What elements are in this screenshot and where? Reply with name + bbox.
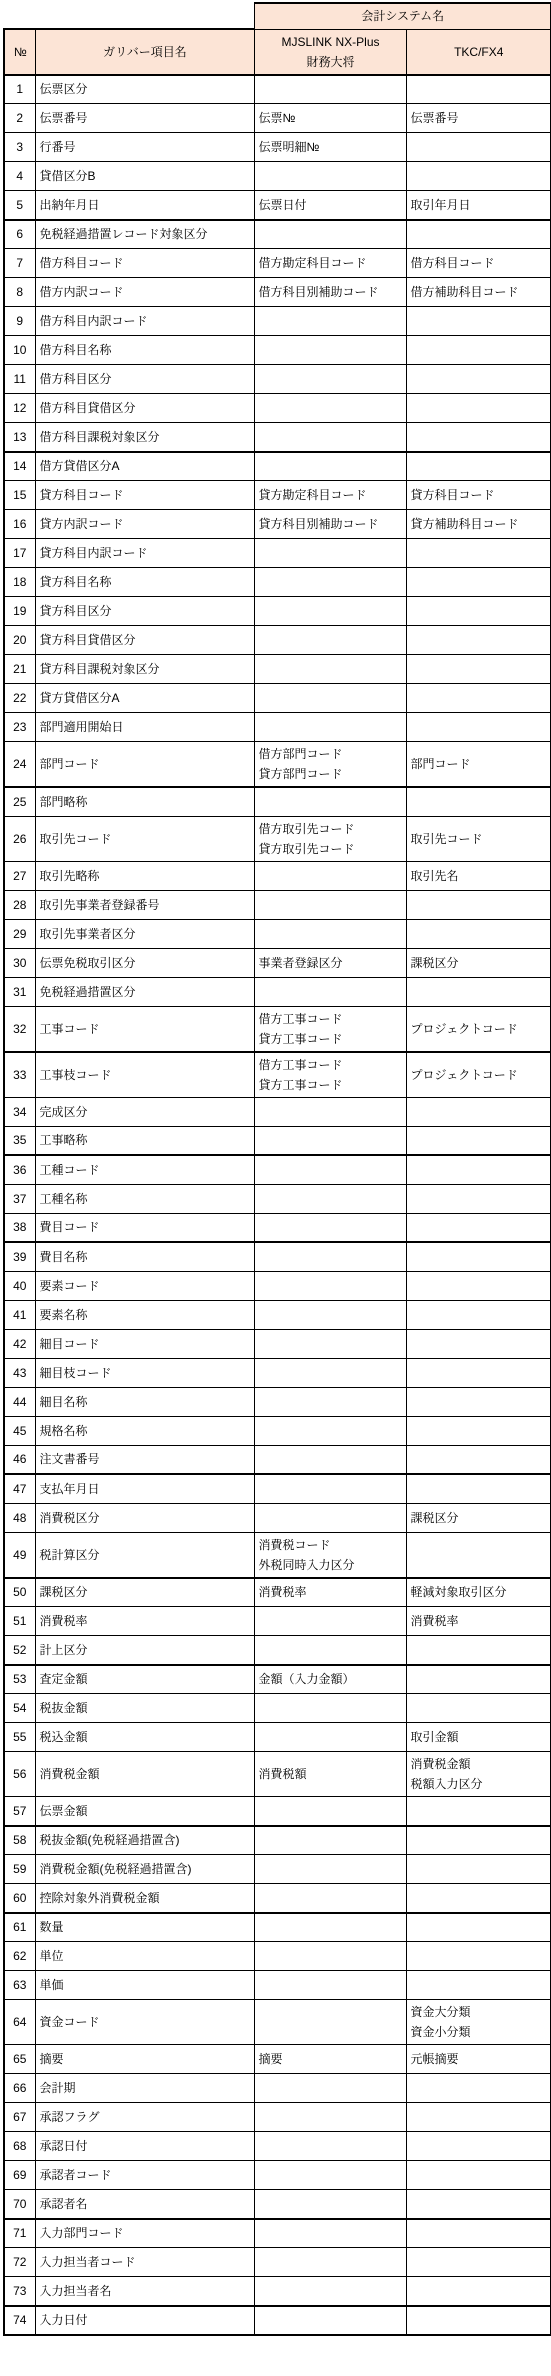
cell-no: 37 xyxy=(4,1184,35,1213)
cell-tkc: 部門コード xyxy=(406,742,551,788)
table-row: 6 免税経過措置レコード対象区分 xyxy=(4,220,551,249)
cell-gulliver-item: 貸方科目課税対象区分 xyxy=(35,655,254,684)
cell-gulliver-item: 取引先略称 xyxy=(35,861,254,890)
table-row: 12 借方科目貸借区分 xyxy=(4,394,551,423)
cell-gulliver-item: 伝票金額 xyxy=(35,1797,254,1826)
cell-tkc xyxy=(406,1126,551,1155)
cell-tkc: 取引年月日 xyxy=(406,191,551,220)
cell-tkc xyxy=(406,977,551,1006)
cell-tkc: 課税区分 xyxy=(406,1503,551,1532)
cell-no: 59 xyxy=(4,1855,35,1884)
header-blank-cell xyxy=(4,3,254,29)
table-row: 22 貸方貸借区分A xyxy=(4,684,551,713)
cell-gulliver-item: 行番号 xyxy=(35,133,254,162)
cell-gulliver-item: 費目名称 xyxy=(35,1242,254,1271)
cell-tkc xyxy=(406,1855,551,1884)
cell-gulliver-item: 消費税率 xyxy=(35,1607,254,1636)
cell-tkc xyxy=(406,684,551,713)
cell-mjslink: 事業者登録区分 xyxy=(254,948,406,977)
cell-tkc xyxy=(406,1913,551,1942)
table-row: 37 工種名称 xyxy=(4,1184,551,1213)
table-row: 8 借方内訳コード 借方科目別補助コード 借方補助科目コード xyxy=(4,278,551,307)
cell-gulliver-item: 免税経過措置区分 xyxy=(35,977,254,1006)
cell-tkc: プロジェクトコード xyxy=(406,1052,551,1098)
cell-mjslink xyxy=(254,1855,406,1884)
cell-no: 45 xyxy=(4,1416,35,1445)
cell-gulliver-item: 会計期 xyxy=(35,2074,254,2103)
cell-no: 7 xyxy=(4,249,35,278)
cell-tkc: 貸方科目コード xyxy=(406,481,551,510)
table-row: 21 貸方科目課税対象区分 xyxy=(4,655,551,684)
table-row: 58 税抜金額(免税経過措置含) xyxy=(4,1826,551,1855)
cell-no: 33 xyxy=(4,1052,35,1098)
cell-gulliver-item: 借方貸借区分A xyxy=(35,452,254,481)
cell-mjslink xyxy=(254,2190,406,2219)
cell-gulliver-item: 取引先事業者区分 xyxy=(35,919,254,948)
table-row: 47 支払年月日 xyxy=(4,1474,551,1503)
cell-mjslink xyxy=(254,626,406,655)
cell-no: 27 xyxy=(4,861,35,890)
table-row: 54 税抜金額 xyxy=(4,1694,551,1723)
cell-gulliver-item: 工事枝コード xyxy=(35,1052,254,1098)
cell-gulliver-item: 消費税金額(免税経過措置含) xyxy=(35,1855,254,1884)
table-row: 15 貸方科目コード 貸方勘定科目コード 貸方科目コード xyxy=(4,481,551,510)
cell-no: 41 xyxy=(4,1300,35,1329)
cell-gulliver-item: 工事略称 xyxy=(35,1126,254,1155)
cell-gulliver-item: 伝票区分 xyxy=(35,75,254,104)
cell-tkc xyxy=(406,1300,551,1329)
cell-tkc: 資金大分類 資金小分類 xyxy=(406,2000,551,2045)
cell-no: 74 xyxy=(4,2306,35,2335)
table-row: 18 貸方科目名称 xyxy=(4,568,551,597)
cell-tkc xyxy=(406,597,551,626)
cell-tkc xyxy=(406,75,551,104)
cell-mjslink xyxy=(254,1271,406,1300)
cell-no: 55 xyxy=(4,1723,35,1752)
cell-no: 19 xyxy=(4,597,35,626)
table-row: 35 工事略称 xyxy=(4,1126,551,1155)
cell-no: 26 xyxy=(4,816,35,861)
cell-gulliver-item: 消費税金額 xyxy=(35,1752,254,1797)
cell-gulliver-item: 借方科目区分 xyxy=(35,365,254,394)
table-row: 23 部門適用開始日 xyxy=(4,713,551,742)
cell-no: 71 xyxy=(4,2219,35,2248)
cell-mjslink xyxy=(254,2248,406,2277)
cell-no: 69 xyxy=(4,2161,35,2190)
cell-tkc: 取引金額 xyxy=(406,1723,551,1752)
table-row: 17 貸方科目内訳コード xyxy=(4,539,551,568)
cell-tkc xyxy=(406,2190,551,2219)
table-row: 64 資金コード 資金大分類 資金小分類 xyxy=(4,2000,551,2045)
cell-gulliver-item: 費目コード xyxy=(35,1213,254,1242)
cell-gulliver-item: 消費税区分 xyxy=(35,1503,254,1532)
table-row: 74 入力日付 xyxy=(4,2306,551,2335)
table-row: 26 取引先コード 借方取引先コード 貸方取引先コード 取引先コード xyxy=(4,816,551,861)
cell-tkc xyxy=(406,626,551,655)
cell-gulliver-item: 貸借区分B xyxy=(35,162,254,191)
table-row: 51 消費税率 消費税率 xyxy=(4,1607,551,1636)
cell-mjslink xyxy=(254,1884,406,1913)
cell-mjslink xyxy=(254,539,406,568)
cell-gulliver-item: 細目名称 xyxy=(35,1387,254,1416)
cell-tkc xyxy=(406,1797,551,1826)
cell-tkc xyxy=(406,1329,551,1358)
cell-no: 2 xyxy=(4,104,35,133)
cell-mjslink xyxy=(254,2000,406,2045)
cell-mjslink: 借方工事コード 貸方工事コード xyxy=(254,1052,406,1098)
cell-no: 47 xyxy=(4,1474,35,1503)
cell-gulliver-item: 摘要 xyxy=(35,2045,254,2074)
cell-no: 20 xyxy=(4,626,35,655)
cell-tkc xyxy=(406,1694,551,1723)
table-row: 11 借方科目区分 xyxy=(4,365,551,394)
table-row: 7 借方科目コード 借方勘定科目コード 借方科目コード xyxy=(4,249,551,278)
cell-mjslink xyxy=(254,1797,406,1826)
cell-no: 28 xyxy=(4,890,35,919)
cell-gulliver-item: 貸方科目コード xyxy=(35,481,254,510)
cell-tkc: 課税区分 xyxy=(406,948,551,977)
cell-mjslink xyxy=(254,977,406,1006)
cell-mjslink xyxy=(254,1300,406,1329)
table-row: 59 消費税金額(免税経過措置含) xyxy=(4,1855,551,1884)
table-row: 38 費目コード xyxy=(4,1213,551,1242)
cell-tkc: 消費税率 xyxy=(406,1607,551,1636)
cell-gulliver-item: 完成区分 xyxy=(35,1097,254,1126)
table-row: 60 控除対象外消費税金額 xyxy=(4,1884,551,1913)
cell-gulliver-item: 承認フラグ xyxy=(35,2103,254,2132)
cell-gulliver-item: 査定金額 xyxy=(35,1665,254,1694)
cell-mjslink xyxy=(254,2277,406,2306)
cell-gulliver-item: 控除対象外消費税金額 xyxy=(35,1884,254,1913)
cell-no: 72 xyxy=(4,2248,35,2277)
cell-no: 60 xyxy=(4,1884,35,1913)
cell-tkc xyxy=(406,2161,551,2190)
cell-mjslink xyxy=(254,220,406,249)
cell-no: 32 xyxy=(4,1006,35,1052)
cell-mjslink xyxy=(254,890,406,919)
cell-tkc xyxy=(406,1387,551,1416)
cell-mjslink xyxy=(254,1826,406,1855)
table-row: 10 借方科目名称 xyxy=(4,336,551,365)
cell-no: 4 xyxy=(4,162,35,191)
table-row: 67 承認フラグ xyxy=(4,2103,551,2132)
cell-mjslink: 伝票日付 xyxy=(254,191,406,220)
cell-mjslink xyxy=(254,597,406,626)
cell-gulliver-item: 工事コード xyxy=(35,1006,254,1052)
cell-mjslink xyxy=(254,2306,406,2335)
cell-gulliver-item: 貸方科目区分 xyxy=(35,597,254,626)
cell-gulliver-item: 単価 xyxy=(35,1971,254,2000)
cell-mjslink xyxy=(254,1971,406,2000)
cell-gulliver-item: 規格名称 xyxy=(35,1416,254,1445)
cell-gulliver-item: 部門適用開始日 xyxy=(35,713,254,742)
cell-tkc xyxy=(406,307,551,336)
cell-gulliver-item: 承認日付 xyxy=(35,2132,254,2161)
cell-tkc xyxy=(406,539,551,568)
cell-tkc xyxy=(406,919,551,948)
cell-tkc xyxy=(406,713,551,742)
cell-tkc xyxy=(406,1942,551,1971)
cell-mjslink xyxy=(254,1636,406,1665)
cell-gulliver-item: 借方内訳コード xyxy=(35,278,254,307)
cell-tkc xyxy=(406,336,551,365)
cell-mjslink xyxy=(254,365,406,394)
cell-gulliver-item: 数量 xyxy=(35,1913,254,1942)
cell-mjslink xyxy=(254,1097,406,1126)
cell-no: 35 xyxy=(4,1126,35,1155)
table-row: 9 借方科目内訳コード xyxy=(4,307,551,336)
cell-tkc xyxy=(406,1971,551,2000)
cell-mjslink xyxy=(254,1503,406,1532)
cell-mjslink xyxy=(254,1474,406,1503)
mapping-sheet: 会計システム名 № ガリバー項目名 MJSLINK NX-Plus 財務大将 T… xyxy=(0,0,551,2342)
cell-mjslink: 消費税額 xyxy=(254,1752,406,1797)
cell-mjslink: 金額（入力金額） xyxy=(254,1665,406,1694)
cell-no: 53 xyxy=(4,1665,35,1694)
cell-no: 56 xyxy=(4,1752,35,1797)
cell-no: 23 xyxy=(4,713,35,742)
cell-mjslink xyxy=(254,655,406,684)
cell-no: 63 xyxy=(4,1971,35,2000)
cell-no: 58 xyxy=(4,1826,35,1855)
cell-mjslink: 摘要 xyxy=(254,2045,406,2074)
cell-no: 40 xyxy=(4,1271,35,1300)
table-row: 24 部門コード 借方部門コード 貸方部門コード 部門コード xyxy=(4,742,551,788)
cell-gulliver-item: 支払年月日 xyxy=(35,1474,254,1503)
cell-mjslink xyxy=(254,1416,406,1445)
table-row: 13 借方科目課税対象区分 xyxy=(4,423,551,452)
table-row: 41 要素名称 xyxy=(4,1300,551,1329)
cell-no: 9 xyxy=(4,307,35,336)
cell-tkc xyxy=(406,1474,551,1503)
cell-mjslink xyxy=(254,861,406,890)
cell-mjslink xyxy=(254,2103,406,2132)
cell-no: 29 xyxy=(4,919,35,948)
cell-no: 46 xyxy=(4,1445,35,1474)
cell-no: 52 xyxy=(4,1636,35,1665)
cell-mjslink xyxy=(254,568,406,597)
table-row: 62 単位 xyxy=(4,1942,551,1971)
cell-tkc: プロジェクトコード xyxy=(406,1006,551,1052)
cell-no: 3 xyxy=(4,133,35,162)
cell-no: 61 xyxy=(4,1913,35,1942)
cell-mjslink xyxy=(254,75,406,104)
cell-no: 66 xyxy=(4,2074,35,2103)
cell-no: 39 xyxy=(4,1242,35,1271)
cell-mjslink xyxy=(254,787,406,816)
table-row: 31 免税経過措置区分 xyxy=(4,977,551,1006)
table-row: 36 工種コード xyxy=(4,1155,551,1184)
cell-tkc xyxy=(406,1213,551,1242)
table-row: 46 注文書番号 xyxy=(4,1445,551,1474)
cell-gulliver-item: 計上区分 xyxy=(35,1636,254,1665)
table-row: 30 伝票免税取引区分 事業者登録区分 課税区分 xyxy=(4,948,551,977)
cell-no: 51 xyxy=(4,1607,35,1636)
table-row: 3 行番号 伝票明細№ xyxy=(4,133,551,162)
cell-tkc xyxy=(406,1826,551,1855)
table-row: 66 会計期 xyxy=(4,2074,551,2103)
cell-gulliver-item: 免税経過措置レコード対象区分 xyxy=(35,220,254,249)
cell-mjslink: 伝票№ xyxy=(254,104,406,133)
table-row: 40 要素コード xyxy=(4,1271,551,1300)
cell-tkc: 元帳摘要 xyxy=(406,2045,551,2074)
cell-mjslink xyxy=(254,1155,406,1184)
cell-gulliver-item: 工種コード xyxy=(35,1155,254,1184)
cell-no: 54 xyxy=(4,1694,35,1723)
cell-gulliver-item: 税込金額 xyxy=(35,1723,254,1752)
cell-no: 62 xyxy=(4,1942,35,1971)
table-row: 29 取引先事業者区分 xyxy=(4,919,551,948)
cell-no: 17 xyxy=(4,539,35,568)
cell-tkc xyxy=(406,1184,551,1213)
cell-tkc xyxy=(406,1242,551,1271)
cell-gulliver-item: 借方科目課税対象区分 xyxy=(35,423,254,452)
cell-tkc: 軽減対象取引区分 xyxy=(406,1578,551,1607)
cell-gulliver-item: 取引先コード xyxy=(35,816,254,861)
cell-no: 70 xyxy=(4,2190,35,2219)
cell-tkc xyxy=(406,1416,551,1445)
cell-mjslink xyxy=(254,423,406,452)
cell-no: 64 xyxy=(4,2000,35,2045)
table-row: 1 伝票区分 xyxy=(4,75,551,104)
cell-gulliver-item: 貸方内訳コード xyxy=(35,510,254,539)
table-row: 14 借方貸借区分A xyxy=(4,452,551,481)
cell-no: 21 xyxy=(4,655,35,684)
cell-mjslink xyxy=(254,1913,406,1942)
cell-tkc xyxy=(406,2132,551,2161)
cell-tkc xyxy=(406,890,551,919)
cell-no: 50 xyxy=(4,1578,35,1607)
cell-no: 1 xyxy=(4,75,35,104)
cell-no: 65 xyxy=(4,2045,35,2074)
cell-no: 25 xyxy=(4,787,35,816)
cell-gulliver-item: 入力部門コード xyxy=(35,2219,254,2248)
cell-mjslink: 借方勘定科目コード xyxy=(254,249,406,278)
cell-tkc xyxy=(406,1271,551,1300)
cell-tkc xyxy=(406,452,551,481)
cell-gulliver-item: 部門コード xyxy=(35,742,254,788)
cell-no: 73 xyxy=(4,2277,35,2306)
cell-mjslink xyxy=(254,2074,406,2103)
cell-gulliver-item: 貸方科目貸借区分 xyxy=(35,626,254,655)
cell-gulliver-item: 入力担当者コード xyxy=(35,2248,254,2277)
cell-no: 13 xyxy=(4,423,35,452)
cell-no: 15 xyxy=(4,481,35,510)
cell-tkc xyxy=(406,2074,551,2103)
cell-gulliver-item: 税抜金額(免税経過措置含) xyxy=(35,1826,254,1855)
table-row: 71 入力部門コード xyxy=(4,2219,551,2248)
cell-gulliver-item: 要素名称 xyxy=(35,1300,254,1329)
cell-gulliver-item: 工種名称 xyxy=(35,1184,254,1213)
cell-mjslink xyxy=(254,2219,406,2248)
cell-no: 38 xyxy=(4,1213,35,1242)
cell-mjslink xyxy=(254,1213,406,1242)
cell-tkc xyxy=(406,1532,551,1578)
table-row: 2 伝票番号 伝票№ 伝票番号 xyxy=(4,104,551,133)
cell-mjslink xyxy=(254,1694,406,1723)
cell-tkc xyxy=(406,162,551,191)
cell-mjslink xyxy=(254,394,406,423)
cell-gulliver-item: 伝票番号 xyxy=(35,104,254,133)
table-row: 39 費目名称 xyxy=(4,1242,551,1271)
table-row: 20 貸方科目貸借区分 xyxy=(4,626,551,655)
cell-no: 49 xyxy=(4,1532,35,1578)
table-row: 45 規格名称 xyxy=(4,1416,551,1445)
cell-gulliver-item: 要素コード xyxy=(35,1271,254,1300)
cell-gulliver-item: 入力担当者名 xyxy=(35,2277,254,2306)
cell-tkc xyxy=(406,568,551,597)
cell-no: 18 xyxy=(4,568,35,597)
cell-no: 30 xyxy=(4,948,35,977)
cell-tkc: 消費税金額 税額入力区分 xyxy=(406,1752,551,1797)
table-row: 68 承認日付 xyxy=(4,2132,551,2161)
header-system-group-label: 会計システム名 xyxy=(254,3,551,29)
cell-mjslink xyxy=(254,1184,406,1213)
cell-gulliver-item: 借方科目貸借区分 xyxy=(35,394,254,423)
cell-tkc xyxy=(406,787,551,816)
table-row: 73 入力担当者名 xyxy=(4,2277,551,2306)
table-row: 70 承認者名 xyxy=(4,2190,551,2219)
table-row: 49 税計算区分 消費税コード 外税同時入力区分 xyxy=(4,1532,551,1578)
table-row: 16 貸方内訳コード 貸方科目別補助コード 貸方補助科目コード xyxy=(4,510,551,539)
system-name-header-row: 会計システム名 xyxy=(4,3,551,29)
cell-gulliver-item: 出納年月日 xyxy=(35,191,254,220)
cell-tkc xyxy=(406,1445,551,1474)
column-header-row: № ガリバー項目名 MJSLINK NX-Plus 財務大将 TKC/FX4 xyxy=(4,29,551,75)
cell-mjslink xyxy=(254,713,406,742)
cell-gulliver-item: 貸方科目内訳コード xyxy=(35,539,254,568)
cell-mjslink: 借方工事コード 貸方工事コード xyxy=(254,1006,406,1052)
cell-no: 16 xyxy=(4,510,35,539)
table-row: 5 出納年月日 伝票日付 取引年月日 xyxy=(4,191,551,220)
column-header-tkc: TKC/FX4 xyxy=(406,29,551,75)
cell-tkc xyxy=(406,1884,551,1913)
cell-no: 31 xyxy=(4,977,35,1006)
table-row: 52 計上区分 xyxy=(4,1636,551,1665)
cell-tkc xyxy=(406,2306,551,2335)
cell-gulliver-item: 承認者コード xyxy=(35,2161,254,2190)
cell-tkc: 借方科目コード xyxy=(406,249,551,278)
column-header-gulliver-item: ガリバー項目名 xyxy=(35,29,254,75)
cell-tkc xyxy=(406,1155,551,1184)
table-row: 50 課税区分 消費税率 軽減対象取引区分 xyxy=(4,1578,551,1607)
cell-mjslink: 消費税率 xyxy=(254,1578,406,1607)
cell-gulliver-item: 借方科目コード xyxy=(35,249,254,278)
cell-mjslink xyxy=(254,1942,406,1971)
cell-no: 44 xyxy=(4,1387,35,1416)
table-row: 65 摘要 摘要 元帳摘要 xyxy=(4,2045,551,2074)
cell-tkc xyxy=(406,133,551,162)
cell-no: 68 xyxy=(4,2132,35,2161)
cell-no: 12 xyxy=(4,394,35,423)
cell-gulliver-item: 細目枝コード xyxy=(35,1358,254,1387)
cell-mjslink xyxy=(254,2161,406,2190)
cell-mjslink xyxy=(254,1329,406,1358)
cell-gulliver-item: 貸方科目名称 xyxy=(35,568,254,597)
cell-no: 48 xyxy=(4,1503,35,1532)
cell-mjslink: 借方科目別補助コード xyxy=(254,278,406,307)
cell-tkc xyxy=(406,423,551,452)
cell-mjslink: 消費税コード 外税同時入力区分 xyxy=(254,1532,406,1578)
table-row: 33 工事枝コード 借方工事コード 貸方工事コード プロジェクトコード xyxy=(4,1052,551,1098)
table-row: 25 部門略称 xyxy=(4,787,551,816)
table-row: 55 税込金額 取引金額 xyxy=(4,1723,551,1752)
cell-mjslink: 借方取引先コード 貸方取引先コード xyxy=(254,816,406,861)
cell-mjslink xyxy=(254,1723,406,1752)
cell-tkc: 借方補助科目コード xyxy=(406,278,551,307)
cell-mjslink xyxy=(254,1445,406,1474)
cell-no: 43 xyxy=(4,1358,35,1387)
